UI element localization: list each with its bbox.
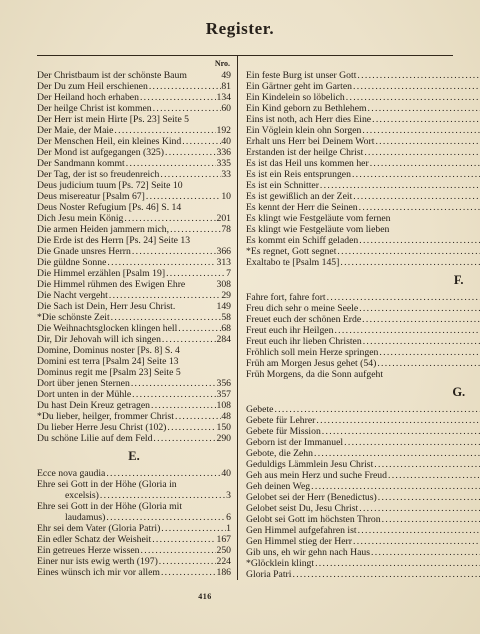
dot-leader <box>166 422 216 433</box>
dot-leader <box>367 103 480 114</box>
entry-title: Der Menschen Heil, ein kleines Kind <box>37 136 181 147</box>
dot-leader <box>113 125 216 136</box>
entry-number: 150 <box>216 422 231 433</box>
entry-number: 40 <box>221 468 231 479</box>
entry-number: 1 <box>226 523 231 534</box>
index-entry: Deus Noster Refugium [Ps. 46] S. 14 <box>37 202 231 213</box>
index-entry: Ehre sei Gott in der Höhe (Gloria in <box>37 479 231 490</box>
index-entry: Die Erde ist des Herrn [Ps. 24] Seite 13 <box>37 235 231 246</box>
entry-title: Es klingt wie Festgeläute vom lieben <box>246 224 389 235</box>
entry-title: Geh deinen Weg <box>246 481 310 492</box>
entry-number: 6 <box>226 512 231 523</box>
entry-title: Der Christbaum ist der schönste Baum <box>37 70 187 81</box>
index-entry: Ehr sei dem Vater (Gloria Patri)1 <box>37 523 231 534</box>
entry-title: Früh am Morgen Jesus gehet (54) <box>246 358 376 369</box>
index-entry: Der Maie, der Maie192 <box>37 125 231 136</box>
dot-leader <box>139 92 217 103</box>
index-entry: Dich Jesu mein König201 <box>37 213 231 224</box>
dot-leader <box>164 147 216 158</box>
entry-title: Die Himmel rühmen des Ewigen Ehre <box>37 279 185 290</box>
index-entry: Dort über jenen Sternen356 <box>37 378 231 389</box>
index-entry: Die armen Heiden jammern mich,78 <box>37 224 231 235</box>
dot-leader <box>343 437 480 448</box>
index-entry: laudamus)6 <box>37 512 231 523</box>
index-entry: Geduldigs Lämmlein Jesu Christ101 <box>246 459 480 470</box>
index-entry: Es ist gewißlich an der Zeit346 <box>246 191 480 202</box>
entry-title: Eins ist noth, ach Herr dies Eine <box>246 114 371 125</box>
index-entry: *Glöcklein klingt263 <box>246 558 480 569</box>
dot-leader <box>148 81 221 92</box>
index-entry: *Die schönste Zeit58 <box>37 312 231 323</box>
index-entry: Du schöne Lilie auf dem Feld290 <box>37 433 231 444</box>
section-heading: G. <box>246 386 480 399</box>
index-entry: Deus misereatur [Psalm 67]10 <box>37 191 231 202</box>
index-entry: Der Du zum Heil erschienen81 <box>37 81 231 92</box>
entry-number: 58 <box>221 312 231 323</box>
index-entry: Freuet euch der schönen Erde300 <box>246 314 480 325</box>
entry-title: Dich Jesu mein König <box>37 213 123 224</box>
book-page: Register. Nro. Der Christbaum ist der sc… <box>0 0 480 634</box>
entry-title: Ehre sei Gott in der Höhe (Gloria mit <box>37 501 182 512</box>
entry-title: Gib uns, eh wir gehn nach Haus <box>246 547 370 558</box>
entry-title: Einer nur ists ewig werth (197) <box>37 556 158 567</box>
entry-number: 308 <box>216 279 231 290</box>
index-entry: Es klingt wie Festgeläute vom fernen151 <box>246 213 480 224</box>
entry-title: Gen Himmel stieg der Herr <box>246 536 352 547</box>
index-entry: Ein edler Schatz der Weisheit167 <box>37 534 231 545</box>
dot-leader <box>352 191 480 202</box>
index-entry: Es ist ein Schnitter339 <box>246 180 480 191</box>
entry-number: 68 <box>221 323 231 334</box>
entry-title: Es ist gewißlich an der Zeit <box>246 191 352 202</box>
dot-leader <box>273 404 480 415</box>
index-entry: Ein Kind geborn zu Bethlehem41 <box>246 103 480 114</box>
dot-leader <box>356 70 480 81</box>
dot-leader <box>361 314 480 325</box>
dot-leader <box>363 147 480 158</box>
entry-number: 108 <box>216 400 231 411</box>
entry-title: Gebete <box>246 404 273 415</box>
index-entry: Die Himmel erzählen [Psalm 19]7 <box>37 268 231 279</box>
dot-leader <box>357 525 480 536</box>
dot-leader <box>310 481 480 492</box>
dot-leader <box>358 303 480 314</box>
entry-title: *Die schönste Zeit <box>37 312 110 323</box>
dot-leader <box>352 536 480 547</box>
entry-title: Dominus regit me [Psalm 23] Seite 5 <box>37 367 181 378</box>
entry-title: Ein Gärtner geht im Garten <box>246 81 352 92</box>
dot-leader <box>376 358 480 369</box>
entry-number: 60 <box>221 103 231 114</box>
dot-leader <box>321 426 480 437</box>
entry-title: Geh aus mein Herz und suche Freud <box>246 470 387 481</box>
entry-title: Ein Vöglein klein ohn Sorgen <box>246 125 361 136</box>
entry-title: Dort über jenen Sternen <box>37 378 130 389</box>
entry-title: Ein Kind geborn zu Bethlehem <box>246 103 367 114</box>
dot-leader <box>160 567 217 578</box>
entry-title: Der Heiland hoch erhaben <box>37 92 139 103</box>
entry-title: Gen Himmel aufgefahren ist <box>246 525 357 536</box>
index-entry: Erhalt uns Herr bei Deinem Wort159 <box>246 136 480 147</box>
section-heading: F. <box>246 274 480 287</box>
entry-number: 224 <box>216 556 231 567</box>
dot-leader <box>130 378 217 389</box>
dot-leader <box>358 235 480 246</box>
entry-title: Deus Noster Refugium [Ps. 46] S. 14 <box>37 202 181 213</box>
entry-title: Du hast Dein Kreuz getragen <box>37 400 150 411</box>
entry-title: Freuet euch der schönen Erde <box>246 314 361 325</box>
dot-leader <box>336 246 480 257</box>
index-entry: Exaltabo te [Psalm 145]Seite 8 <box>246 257 480 268</box>
dot-leader <box>345 92 480 103</box>
index-entry: Eines wünsch ich mir vor allem186 <box>37 567 231 578</box>
entry-number: 78 <box>221 224 231 235</box>
dot-leader <box>374 136 480 147</box>
dot-leader <box>358 503 480 514</box>
entry-number: 366 <box>216 246 231 257</box>
entry-title: Der Sandmann kommt <box>37 158 125 169</box>
entry-title: Gloria Patri <box>246 569 291 580</box>
dot-leader <box>333 325 480 336</box>
entry-title: laudamus) <box>65 512 105 523</box>
entry-title: Es kennt der Herr die Seinen <box>246 202 358 213</box>
index-entry: Geh aus mein Herz und suche Freud303 <box>246 470 480 481</box>
dot-leader <box>319 180 480 191</box>
index-entry: Ein feste Burg ist unser Gott143 <box>246 70 480 81</box>
index-entry: Früh Morgens, da die Sonn aufgeht113 <box>246 369 480 380</box>
index-entry: Die Gnade unsres Herrn366 <box>37 246 231 257</box>
entry-title: Domini est terra [Psalm 24] Seite 13 <box>37 356 179 367</box>
index-entry: Gebete für MissionSeite 23 <box>246 426 480 437</box>
dot-leader <box>125 158 217 169</box>
index-entry: Gebete für LehrerSeite 23–24 <box>246 415 480 426</box>
entry-number: 48 <box>221 411 231 422</box>
dot-leader <box>161 334 217 345</box>
entry-title: Die Gnade unsres Herrn <box>37 246 131 257</box>
entry-title: *Glöcklein klingt <box>246 558 314 569</box>
page-number: 416 <box>0 592 410 601</box>
dot-leader <box>145 191 221 202</box>
index-entry: Der Herr ist mein Hirte [Ps. 23] Seite 5 <box>37 114 231 125</box>
entry-title: Ein edler Schatz der Weisheit <box>37 534 151 545</box>
entry-title: Gebete für Lehrer <box>246 415 315 426</box>
entry-title: Freut euch ihr lieben Christen <box>246 336 362 347</box>
entry-title: Die Erde ist des Herrn [Ps. 24] Seite 13 <box>37 235 190 246</box>
index-entry: Der Tag, der ist so freudenreich33 <box>37 169 231 180</box>
entry-title: Ein Kindelein so löbelich <box>246 92 345 103</box>
dot-leader <box>160 523 226 534</box>
index-entry: Die Weihnachtsglocken klingen hell68 <box>37 323 231 334</box>
dot-leader <box>99 490 226 501</box>
entry-title: Es ist ein Reis entsprungen <box>246 169 351 180</box>
entry-title: Geborn ist der Immanuel <box>246 437 343 448</box>
entry-title: Deus misereatur [Psalm 67] <box>37 191 145 202</box>
dot-leader <box>151 534 216 545</box>
dot-leader <box>110 312 222 323</box>
entry-title: Gelobet seist Du, Jesu Christ <box>246 503 358 514</box>
entry-title: Es klingt wie Festgeläute vom fernen <box>246 213 390 224</box>
left-nro-header: Nro. <box>37 56 231 70</box>
dot-leader <box>377 492 480 503</box>
entry-number: 7 <box>226 268 231 279</box>
dot-leader <box>313 448 480 459</box>
dot-leader <box>177 323 221 334</box>
index-entry: GebeteSeite 17–20 <box>246 404 480 415</box>
index-entry: Einer nur ists ewig werth (197)224 <box>37 556 231 567</box>
entry-number: 81 <box>221 81 231 92</box>
entry-number: 134 <box>216 92 231 103</box>
entry-title: Ehre sei Gott in der Höhe (Gloria in <box>37 479 177 490</box>
entry-title: Der heilge Christ ist kommen <box>37 103 152 114</box>
dot-leader <box>105 512 226 523</box>
index-entry: Deus judicium tuum [Ps. 72] Seite 10 <box>37 180 231 191</box>
entry-title: Fahre fort, fahre fort <box>246 292 326 303</box>
entry-title: Freu dich sehr o meine Seele <box>246 303 358 314</box>
entry-title: Die Sach ist Dein, Herr Jesu Christ. <box>37 301 175 312</box>
entry-title: Der Mond ist aufgegangen (325) <box>37 147 164 158</box>
index-entry: Ein getreues Herze wissen250 <box>37 545 231 556</box>
index-entry: Gib uns, eh wir gehn nach Haus365 <box>246 547 480 558</box>
page-title: Register. <box>0 0 480 39</box>
dot-leader <box>351 169 480 180</box>
dot-leader <box>371 114 480 125</box>
index-entry: Dominus regit me [Psalm 23] Seite 5 <box>37 367 231 378</box>
entry-number: 29 <box>221 290 231 301</box>
index-entry: Freut euch ihr lieben Christen37 <box>246 336 480 347</box>
entry-title: Ein feste Burg ist unser Gott <box>246 70 356 81</box>
entry-title: Der Tag, der ist so freudenreich <box>37 169 159 180</box>
entry-number: 192 <box>216 125 231 136</box>
dot-leader <box>152 433 216 444</box>
dot-leader <box>373 459 480 470</box>
dot-leader <box>339 257 480 268</box>
entry-title: Du schöne Lilie auf dem Feld <box>37 433 152 444</box>
index-entry: *Es regnet, Gott segnet298 <box>246 246 480 257</box>
dot-leader <box>315 415 480 426</box>
entry-title: Exaltabo te [Psalm 145] <box>246 257 339 268</box>
index-entry: Der Mond ist aufgegangen (325)336 <box>37 147 231 158</box>
entry-title: Früh Morgens, da die Sonn aufgeht <box>246 369 383 380</box>
entry-title: *Es regnet, Gott segnet <box>246 246 336 257</box>
entry-title: Der Herr ist mein Hirte [Ps. 23] Seite 5 <box>37 114 189 125</box>
entry-title: Geduldigs Lämmlein Jesu Christ <box>246 459 373 470</box>
index-entry: Gebote, die ZehnSeite 15 <box>246 448 480 459</box>
entry-title: *Du lieber, heilger, frommer Christ <box>37 411 174 422</box>
index-entry: Domini est terra [Psalm 24] Seite 13 <box>37 356 231 367</box>
entry-title: Erhalt uns Herr bei Deinem Wort <box>246 136 374 147</box>
dot-leader <box>358 202 480 213</box>
entry-title: Ein getreues Herze wissen <box>37 545 140 556</box>
entry-title: Es ist das Heil uns kommen her <box>246 158 369 169</box>
entry-number: 33 <box>221 169 231 180</box>
entry-number: 49 <box>221 70 231 81</box>
entry-number: 3 <box>226 490 231 501</box>
dot-leader <box>131 246 217 257</box>
entry-title: Gelobt sei Gott im höchsten Thron <box>246 514 381 525</box>
dot-leader <box>108 290 221 301</box>
index-entry: Ehre sei Gott in der Höhe (Gloria mit <box>37 501 231 512</box>
dot-leader <box>369 158 480 169</box>
entry-title: Der Maie, der Maie <box>37 125 113 136</box>
entry-number: 357 <box>216 389 231 400</box>
entry-title: Die Himmel erzählen [Psalm 19] <box>37 268 165 279</box>
index-entry: Du lieber Herre Jesu Christ (102)150 <box>37 422 231 433</box>
entry-title: Die güldne Sonne <box>37 257 106 268</box>
index-entry: Gen Himmel aufgefahren ist124 <box>246 525 480 536</box>
index-entry: Gelobet sei der Herr (Benedictus)19 <box>246 492 480 503</box>
index-entry: Erstanden ist der heilge Christ116 <box>246 147 480 158</box>
index-entry: Es klingt wie Festgeläute vom lieben152 <box>246 224 480 235</box>
index-entry: Geh deinen Weg232 <box>246 481 480 492</box>
entry-title: Fröhlich soll mein Herze springen <box>246 347 378 358</box>
index-entry: Freut euch ihr Heilgen117 <box>246 325 480 336</box>
index-entry: Der Sandmann kommt335 <box>37 158 231 169</box>
entry-title: Freut euch ihr Heilgen <box>246 325 333 336</box>
entry-title: Du lieber Herre Jesu Christ (102) <box>37 422 166 433</box>
index-entry: Eins ist noth, ach Herr dies Eine248 <box>246 114 480 125</box>
index-entry: Die Sach ist Dein, Herr Jesu Christ.149 <box>37 301 231 312</box>
index-entry: Gloria Patri1 <box>246 569 480 580</box>
dot-leader <box>106 257 216 268</box>
entry-title: Ehr sei dem Vater (Gloria Patri) <box>37 523 160 534</box>
index-entry: Der heilge Christ ist kommen60 <box>37 103 231 114</box>
index-entry: Gelobt sei Gott im höchsten Thron118 <box>246 514 480 525</box>
index-entry: Freu dich sehr o meine Seele354 <box>246 303 480 314</box>
dot-leader <box>159 169 221 180</box>
entry-title: excelsis) <box>65 490 99 501</box>
entry-number: 40 <box>221 136 231 147</box>
entry-title: Der Du zum Heil erschienen <box>37 81 148 92</box>
index-entry: Früh am Morgen Jesus gehet (54)318 <box>246 358 480 369</box>
index-entry: excelsis)3 <box>37 490 231 501</box>
entry-number: 356 <box>216 378 231 389</box>
index-entry: Der Menschen Heil, ein kleines Kind40 <box>37 136 231 147</box>
index-columns: Nro. Der Christbaum ist der schönste Bau… <box>37 56 453 580</box>
entry-number: 201 <box>216 213 231 224</box>
index-entry: Domine, Dominus noster [Ps. 8] S. 4 <box>37 345 231 356</box>
index-entry: Es kennt der Herr die Seinen147 <box>246 202 480 213</box>
entry-title: Eines wünsch ich mir vor allem <box>37 567 160 578</box>
index-entry: Dort unten in der Mühle357 <box>37 389 231 400</box>
left-column: Nro. Der Christbaum ist der schönste Bau… <box>37 56 238 580</box>
entry-title: Gebete für Mission <box>246 426 321 437</box>
index-entry: Die güldne Sonne313 <box>37 257 231 268</box>
dot-leader <box>314 558 480 569</box>
right-column: Nro. Ein feste Burg ist unser Gott143Ein… <box>238 56 480 580</box>
dot-leader <box>361 125 480 136</box>
index-entry: Es kommt ein Schiff geladen20 <box>246 235 480 246</box>
index-entry: *Du lieber, heilger, frommer Christ48 <box>37 411 231 422</box>
dot-leader <box>370 547 480 558</box>
dot-leader <box>158 556 217 567</box>
entry-number: 149 <box>216 301 231 312</box>
dot-leader <box>352 81 480 92</box>
entry-number: 250 <box>216 545 231 556</box>
index-entry: Ein Vöglein klein ohn Sorgen289 <box>246 125 480 136</box>
entry-title: Ecce nova gaudia <box>37 468 105 479</box>
entry-title: Die armen Heiden jammern mich, <box>37 224 169 235</box>
dot-leader <box>105 468 221 479</box>
dot-leader <box>150 400 216 411</box>
dot-leader <box>378 347 480 358</box>
entry-title: Gebote, die Zehn <box>246 448 313 459</box>
entry-number: 167 <box>216 534 231 545</box>
index-entry: Dir, Dir Jehovah will ich singen284 <box>37 334 231 345</box>
dot-leader <box>140 545 217 556</box>
index-entry: Die Himmel rühmen des Ewigen Ehre308 <box>37 279 231 290</box>
dot-leader <box>169 224 221 235</box>
index-entry: Du hast Dein Kreuz getragen108 <box>37 400 231 411</box>
entry-title: Es ist ein Schnitter <box>246 180 319 191</box>
entry-title: Deus judicium tuum [Ps. 72] Seite 10 <box>37 180 183 191</box>
entry-number: 186 <box>216 567 231 578</box>
dot-leader <box>174 411 221 422</box>
index-entry: Geborn ist der Immanuel53 <box>246 437 480 448</box>
entry-title: Die Weihnachtsglocken klingen hell <box>37 323 177 334</box>
dot-leader <box>381 514 480 525</box>
dot-leader <box>131 389 216 400</box>
dot-leader <box>165 268 226 279</box>
index-entry: Fröhlich soll mein Herze springen62 <box>246 347 480 358</box>
entry-title: Die Nacht vergeht <box>37 290 108 301</box>
right-nro-header: Nro. <box>246 56 480 70</box>
index-entry: Ein Kindelein so löbelich33 <box>246 92 480 103</box>
index-entry: Ein Gärtner geht im Garten207 <box>246 81 480 92</box>
entry-number: 284 <box>216 334 231 345</box>
entry-title: Dort unten in der Mühle <box>37 389 131 400</box>
dot-leader <box>152 103 222 114</box>
dot-leader <box>123 213 216 224</box>
entry-title: Erstanden ist der heilge Christ <box>246 147 363 158</box>
index-entry: Gen Himmel stieg der Herr128 <box>246 536 480 547</box>
section-heading: E. <box>37 450 231 463</box>
dot-leader <box>326 292 480 303</box>
entry-number: 335 <box>216 158 231 169</box>
dot-leader <box>362 336 480 347</box>
index-entry: Es ist das Heil uns kommen her254 <box>246 158 480 169</box>
index-entry: Ecce nova gaudia40 <box>37 468 231 479</box>
index-entry: Gelobet seist Du, Jesu Christ34 <box>246 503 480 514</box>
entry-number: 336 <box>216 147 231 158</box>
dot-leader <box>181 136 221 147</box>
entry-number: 313 <box>216 257 231 268</box>
index-entry: Der Christbaum ist der schönste Baum49 <box>37 70 231 81</box>
entry-number: 10 <box>221 191 231 202</box>
index-entry: Es ist ein Reis entsprungen35 <box>246 169 480 180</box>
entry-title: Domine, Dominus noster [Ps. 8] S. 4 <box>37 345 180 356</box>
dot-leader <box>291 569 480 580</box>
entry-title: Gelobet sei der Herr (Benedictus) <box>246 492 377 503</box>
index-entry: Der Heiland hoch erhaben134 <box>37 92 231 103</box>
entry-number: 290 <box>216 433 231 444</box>
entry-title: Es kommt ein Schiff geladen <box>246 235 358 246</box>
index-entry: Fahre fort, fahre fort163 <box>246 292 480 303</box>
dot-leader <box>387 470 480 481</box>
index-entry: Die Nacht vergeht29 <box>37 290 231 301</box>
entry-title: Dir, Dir Jehovah will ich singen <box>37 334 161 345</box>
